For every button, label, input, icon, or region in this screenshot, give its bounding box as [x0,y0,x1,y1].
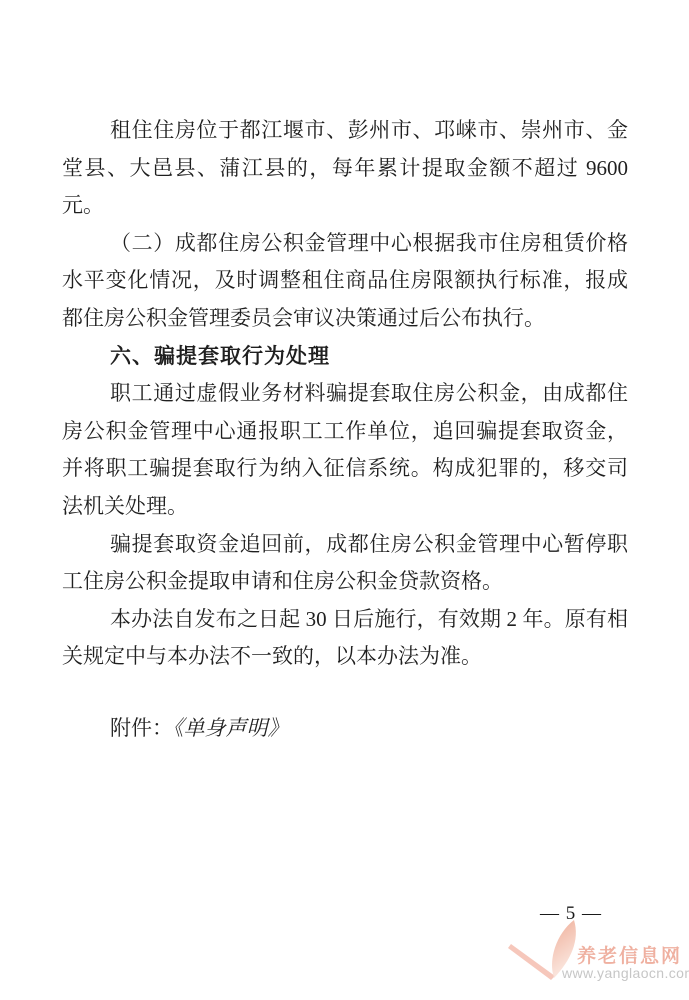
section-heading-fraud-handling: 六、骗提套取行为处理 [62,338,628,376]
body-paragraph-effective-date: 本办法自发布之日起 30 日后施行，有效期 2 年。原有相关规定中与本办法不一致… [62,601,628,676]
document-body: 租住住房位于都江堰市、彭州市、邛崃市、崇州市、金堂县、大邑县、蒲江县的，每年累计… [62,112,628,748]
attachment-line: 附件：《单身声明》 [62,710,628,748]
watermark-site-name: 养老信息网 [577,941,682,968]
body-paragraph-limit-adjustment: （二）成都住房公积金管理中心根据我市住房租赁价格水平变化情况，及时调整租住商品住… [62,225,628,338]
attachment-label: 附件： [110,716,173,740]
body-paragraph-rent-locations: 租住住房位于都江堰市、彭州市、邛崃市、崇州市、金堂县、大邑县、蒲江县的，每年累计… [62,112,628,225]
document-page: 租住住房位于都江堰市、彭州市、邛崃市、崇州市、金堂县、大邑县、蒲江县的，每年累计… [0,0,689,1000]
attachment-title: 《单身声明》 [173,716,289,740]
body-paragraph-fraud-consequences: 职工通过虚假业务材料骗提套取住房公积金，由成都住房公积金管理中心通报职工工作单位… [62,375,628,525]
body-paragraph-suspension: 骗提套取资金追回前，成都住房公积金管理中心暂停职工住房公积金提取申请和住房公积金… [62,526,628,601]
watermark-site-url: www.yanglaocn.com [562,965,689,981]
